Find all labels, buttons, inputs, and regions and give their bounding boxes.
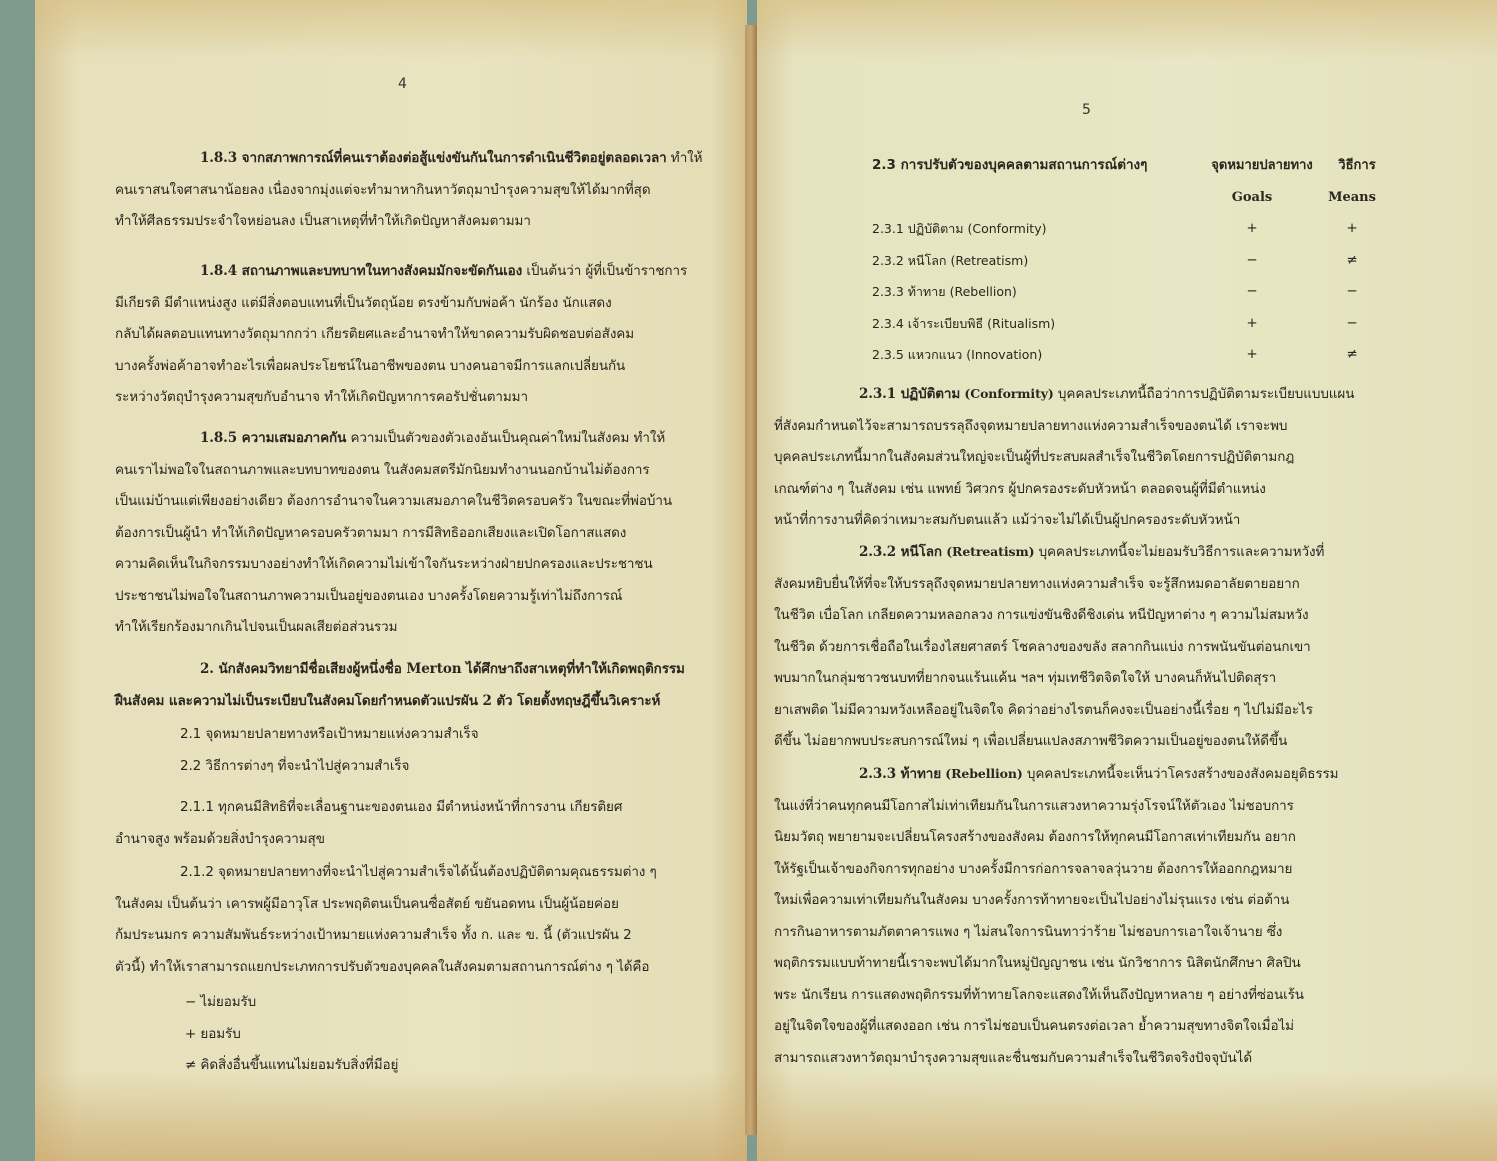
text-line: คนเราสนใจศาสนาน้อยลง เนื่องจากมุ่งแต่จะท…	[115, 175, 735, 207]
legend-item: + ยอมรับ	[115, 1019, 735, 1051]
table-title: 2.3 การปรับตัวของบุคคลตามสถานการณ์ต่างๆ	[872, 150, 1147, 182]
text-line: ยาเสพติด ไม่มีความหวังเหลืออยู่ในจิตใจ ค…	[774, 695, 1434, 727]
text-line: พฤติกรรมแบบท้าทายนี้เราจะพบได้มากในหมู่ป…	[774, 948, 1434, 980]
text-line: ตัวนี้) ทำให้เราสามารถแยกประเภทการปรับตั…	[115, 952, 735, 984]
text-line: ต้องการเป็นผู้นำ ทำให้เกิดปัญหาครอบครัวต…	[115, 518, 735, 550]
list-item: 2.2 วิธีการต่างๆ ที่จะนำไปสู่ความสำเร็จ	[115, 751, 735, 783]
text-line: 2.3.1 ปฏิบัติตาม (Conformity) บุคคลประเภ…	[774, 378, 1434, 411]
table-row: 2.3.2 หนีโลก (Retreatism) − ≠	[872, 245, 1392, 277]
text-line: 2.3.2 หนีโลก (Retreatism) บุคคลประเภทนี้…	[774, 536, 1434, 569]
adaptation-table: 2.3 การปรับตัวของบุคคลตามสถานการณ์ต่างๆ …	[872, 150, 1392, 371]
legend-item: ≠ คิดสิ่งอื่นขึ้นแทนไม่ยอมรับสิ่งที่มีอย…	[115, 1050, 735, 1082]
table-title-row: 2.3 การปรับตัวของบุคคลตามสถานการณ์ต่างๆ …	[872, 150, 1392, 182]
text-line: นิยมวัตถุ พยายามจะเปลี่ยนโครงสร้างของสัง…	[774, 822, 1434, 854]
text-line: 1.8.5 ความเสมอภาคกัน ความเป็นตัวของตัวเอ…	[115, 423, 735, 455]
text-line: อำนาจสูง พร้อมด้วยสิ่งบำรุงความสุข	[115, 824, 735, 856]
text-line: อยู่ในจิตใจของผู้ที่แสดงออก เช่น การไม่ช…	[774, 1011, 1434, 1043]
text-line: ให้รัฐเป็นเจ้าของกิจการทุกอย่าง บางครั้ง…	[774, 854, 1434, 886]
plus-symbol: +	[185, 1026, 196, 1042]
text-line: ทำให้เรียกร้องมากเกินไปจนเป็นผลเสียต่อส่…	[115, 612, 735, 644]
text-line: ในชีวิต ด้วยการเชื่อถือในเรื่องไสยศาสตร์…	[774, 632, 1434, 664]
col-means-th: วิธีการ	[1327, 150, 1387, 182]
text-line: ทำให้ศีลธรรมประจำใจหย่อนลง เป็นสาเหตุที่…	[115, 206, 735, 238]
table-row: 2.3.4 เจ้าระเบียบพิธี (Ritualism) + −	[872, 308, 1392, 340]
text-line: 1.8.3 จากสภาพการณ์ที่คนเราต้องต่อสู้แข่ง…	[115, 143, 735, 175]
section-conformity: 2.3.1 ปฏิบัติตาม (Conformity) บุคคลประเภ…	[774, 378, 1434, 537]
text-line: มีเกียรติ มีตำแหน่งสูง แต่มีสิ่งตอบแทนที…	[115, 288, 735, 320]
text-line: 2.1.1 ทุกคนมีสิทธิที่จะเลื่อนฐานะของตนเอ…	[115, 792, 735, 824]
text-line: พระ นักเรียน การแสดงพฤติกรรมที่ท้าทายโลก…	[774, 980, 1434, 1012]
text-line: ความคิดเห็นในกิจกรรมบางอย่างทำให้เกิดควา…	[115, 549, 735, 581]
text-line: ประชาชนไม่พอใจในสถานภาพความเป็นอยู่ของตน…	[115, 581, 735, 613]
left-page: 4 1.8.3 จากสภาพการณ์ที่คนเราต้องต่อสู้แข…	[35, 0, 747, 1161]
text-line: ในแง่ที่ว่าคนทุกคนมีโอกาสไม่เท่าเทียมกัน…	[774, 791, 1434, 823]
legend-item: − ไม่ยอมรับ	[115, 987, 735, 1019]
text-line: บางครั้งพ่อค้าอาจทำอะไรเพื่อผลประโยชน์ใน…	[115, 351, 735, 383]
paragraph-2-1-2: 2.1.2 จุดหมายปลายทางที่จะนำไปสู่ความสำเร…	[115, 857, 735, 983]
section-retreatism: 2.3.2 หนีโลก (Retreatism) บุคคลประเภทนี้…	[774, 536, 1434, 758]
text-line: เกณฑ์ต่าง ๆ ในสังคม เช่น แพทย์ วิศวกร ผู…	[774, 474, 1434, 506]
text-line: ที่สังคมกำหนดไว้จะสามารถบรรลุถึงจุดหมายป…	[774, 411, 1434, 443]
text-line: ในสังคม เป็นต้นว่า เคารพผู้มีอาวุโส ประพ…	[115, 889, 735, 921]
text-line: กลับได้ผลตอบแทนทางวัตถุมากกว่า เกียรติยศ…	[115, 319, 735, 351]
text-line: 2.1.2 จุดหมายปลายทางที่จะนำไปสู่ความสำเร…	[115, 857, 735, 889]
section-rebellion: 2.3.3 ท้าทาย (Rebellion) บุคคลประเภทนี้จ…	[774, 758, 1434, 1074]
paragraph-1-8-4: 1.8.4 สถานภาพและบทบาทในทางสังคมมักจะขัดก…	[115, 256, 735, 414]
table-row: 2.3.1 ปฏิบัติตาม (Conformity) + +	[872, 213, 1392, 245]
page-number: 5	[1082, 102, 1091, 118]
list-2-variables: 2.1 จุดหมายปลายทางหรือเป้าหมายแห่งความสำ…	[115, 719, 735, 782]
text-line: 2.3.3 ท้าทาย (Rebellion) บุคคลประเภทนี้จ…	[774, 758, 1434, 791]
text-line: 2. นักสังคมวิทยามีชื่อเสียงผู้หนึ่งชื่อ …	[115, 654, 735, 686]
symbol-legend: − ไม่ยอมรับ + ยอมรับ ≠ คิดสิ่งอื่นขึ้นแท…	[115, 987, 735, 1082]
text-line: พบมากในกลุ่มชาวชนบทที่ยากจนแร้นแค้น ฯลฯ …	[774, 663, 1434, 695]
paragraph-1-8-3: 1.8.3 จากสภาพการณ์ที่คนเราต้องต่อสู้แข่ง…	[115, 143, 735, 238]
paragraph-2-1-1: 2.1.1 ทุกคนมีสิทธิที่จะเลื่อนฐานะของตนเอ…	[115, 792, 735, 855]
text-line: คนเราไม่พอใจในสถานภาพและบทบาทของตน ในสัง…	[115, 455, 735, 487]
right-page: 5 2.3 การปรับตัวของบุคคลตามสถานการณ์ต่าง…	[757, 0, 1497, 1161]
text-line: ดีขึ้น ไม่อยากพบประสบการณ์ใหม่ ๆ เพื่อเป…	[774, 726, 1434, 758]
text-line: สามารถแสวงหาวัตถุมาบำรุงความสุขและชื่นชม…	[774, 1043, 1434, 1075]
text-line: สังคมหยิบยื่นให้ที่จะให้บรรลุถึงจุดหมายป…	[774, 569, 1434, 601]
text-line: 1.8.4 สถานภาพและบทบาทในทางสังคมมักจะขัดก…	[115, 256, 735, 288]
text-line: ในชีวิต เบื่อโลก เกลียดความหลอกลวง การแข…	[774, 600, 1434, 632]
not-equal-symbol: ≠	[185, 1057, 196, 1073]
text-line: ฝืนสังคม และความไม่เป็นระเบียบในสังคมโดย…	[115, 686, 735, 718]
table-row: 2.3.5 แหวกแนว (Innovation) + ≠	[872, 339, 1392, 371]
text-line: ก้มประนมกร ความสัมพันธ์ระหว่างเป้าหมายแห…	[115, 920, 735, 952]
table-row: 2.3.3 ท้าทาย (Rebellion) − −	[872, 276, 1392, 308]
col-means-en: Means	[1322, 182, 1382, 214]
list-item: 2.1 จุดหมายปลายทางหรือเป้าหมายแห่งความสำ…	[115, 719, 735, 751]
book-spread: 4 1.8.3 จากสภาพการณ์ที่คนเราต้องต่อสู้แข…	[0, 0, 1497, 1161]
table-header-row: Goals Means	[872, 182, 1392, 214]
text-line: เป็นแม่บ้านแต่เพียงอย่างเดียว ต้องการอำน…	[115, 486, 735, 518]
paragraph-2-merton: 2. นักสังคมวิทยามีชื่อเสียงผู้หนึ่งชื่อ …	[115, 654, 735, 717]
minus-symbol: −	[185, 994, 196, 1010]
text-line: ใหม่เพื่อความเท่าเทียมกันในสังคม บางครั้…	[774, 885, 1434, 917]
col-goals-en: Goals	[1222, 182, 1282, 214]
col-goals-th: จุดหมายปลายทาง	[1207, 150, 1317, 182]
text-line: หน้าที่การงานที่คิดว่าเหมาะสมกับตนแล้ว แ…	[774, 505, 1434, 537]
paragraph-1-8-5: 1.8.5 ความเสมอภาคกัน ความเป็นตัวของตัวเอ…	[115, 423, 735, 644]
text-line: บุคคลประเภทนี้มากในสังคมส่วนใหญ่จะเป็นผู…	[774, 442, 1434, 474]
text-line: ระหว่างวัตถุบำรุงความสุขกับอำนาจ ทำให้เก…	[115, 382, 735, 414]
text-line: การกินอาหารตามภัตตาคารแพง ๆ ไม่สนใจการนิ…	[774, 917, 1434, 949]
page-number: 4	[398, 76, 407, 92]
